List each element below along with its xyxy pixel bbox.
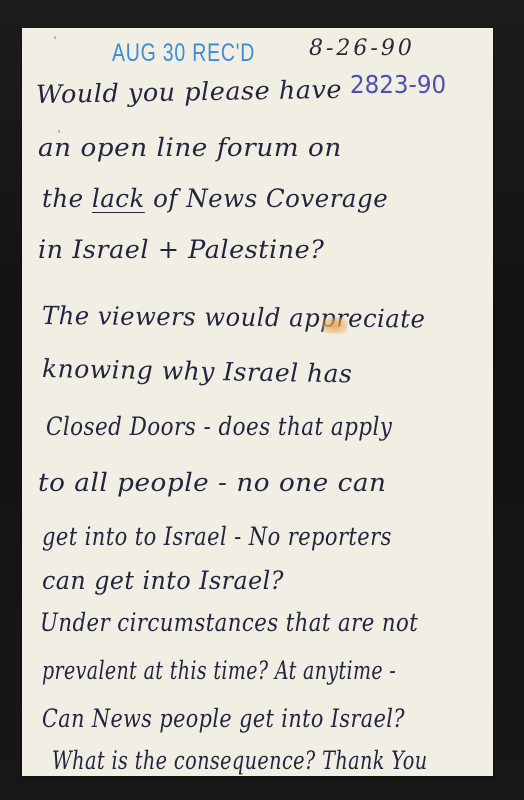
text-line-8: to all people - no one can xyxy=(38,468,386,497)
line-text: Under circumstances that are not xyxy=(40,608,418,637)
line-text-post: of News Coverage xyxy=(145,184,388,213)
underlined-word: lack xyxy=(92,184,145,213)
line-text-pre: the xyxy=(42,184,92,213)
text-line-9: get into to Israel - No reporters xyxy=(42,522,392,551)
received-date-stamp: AUG 30 REC'D xyxy=(112,39,255,68)
text-line-10: can get into Israel? xyxy=(42,566,284,595)
text-line-12: prevalent at this time? At anytime - xyxy=(42,656,396,685)
text-line-1: Would you please have xyxy=(36,75,342,109)
line-text: in Israel + Palestine? xyxy=(38,235,324,264)
text-line-6: knowing why Israel has xyxy=(42,354,353,388)
reference-number: 2823-90 xyxy=(350,70,446,99)
handwritten-card: AUG 30 REC'D 8-26-90 2823-90 Would you p… xyxy=(22,28,493,776)
line-text: to all people - no one can xyxy=(38,468,386,497)
line-text: an open line forum on xyxy=(38,133,342,162)
line-text: Can News people get into Israel? xyxy=(42,704,405,733)
paper-speck xyxy=(54,36,56,39)
line-text: prevalent at this time? At anytime - xyxy=(42,656,396,685)
text-line-3: the lack of News Coverage xyxy=(42,184,388,213)
line-text: The viewers would appreciate xyxy=(42,301,426,333)
text-line-13: Can News people get into Israel? xyxy=(42,704,405,733)
text-line-5: The viewers would appreciate xyxy=(42,301,426,333)
line-text: What is the consequence? Thank You xyxy=(52,746,427,775)
line-text: knowing why Israel has xyxy=(42,354,353,388)
orange-stain-mark xyxy=(322,318,347,334)
line-text: get into to Israel - No reporters xyxy=(42,522,392,551)
text-line-14: What is the consequence? Thank You xyxy=(52,746,427,775)
text-line-4: in Israel + Palestine? xyxy=(38,235,324,264)
line-text: can get into Israel? xyxy=(42,566,284,595)
text-line-11: Under circumstances that are not xyxy=(40,608,418,637)
text-line-7: Closed Doors - does that apply xyxy=(46,412,392,441)
handwritten-date: 8-26-90 xyxy=(309,36,415,61)
line-text: Would you please have xyxy=(36,75,342,109)
line-text: Closed Doors - does that apply xyxy=(46,412,392,441)
text-line-2: an open line forum on xyxy=(38,133,342,162)
